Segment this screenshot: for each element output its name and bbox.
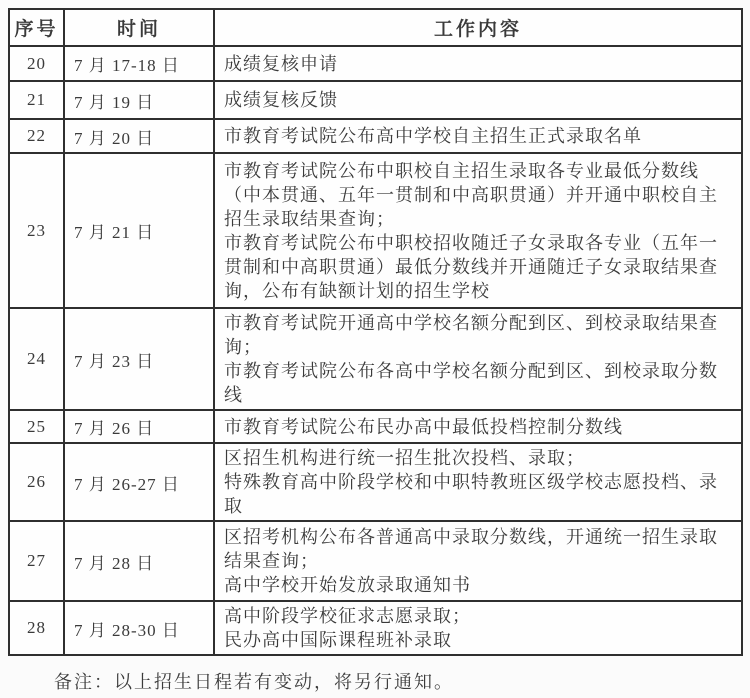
table-row: 287 月 28-30 日高中阶段学校征求志愿录取； 民办高中国际课程班补录取: [9, 601, 742, 655]
col-header-time: 时间: [64, 9, 214, 46]
row-index-cell: 22: [9, 119, 64, 153]
row-time-cell: 7 月 28 日: [64, 521, 214, 601]
row-time-cell: 7 月 26-27 日: [64, 443, 214, 521]
row-content-cell: 区招生机构进行统一招生批次投档、录取； 特殊教育高中阶段学校和中职特教班区级学校…: [214, 443, 742, 521]
table-row: 237 月 21 日市教育考试院公布中职校自主招生录取各专业最低分数线 （中本贯…: [9, 153, 742, 308]
table-row: 277 月 28 日区招考机构公布各普通高中录取分数线，开通统一招生录取 结果查…: [9, 521, 742, 601]
row-content-cell: 成绩复核反馈: [214, 81, 742, 119]
schedule-table: 序号 时间 工作内容 207 月 17-18 日成绩复核申请217 月 19 日…: [8, 8, 743, 656]
page: { "table": { "headers": ["序号", "时间", "工作…: [0, 0, 750, 698]
table-row: 227 月 20 日市教育考试院公布高中学校自主招生正式录取名单: [9, 119, 742, 153]
row-index-cell: 25: [9, 410, 64, 443]
row-content-cell: 区招考机构公布各普通高中录取分数线，开通统一招生录取 结果查询； 高中学校开始发…: [214, 521, 742, 601]
table-row: 217 月 19 日成绩复核反馈: [9, 81, 742, 119]
row-time-cell: 7 月 19 日: [64, 81, 214, 119]
schedule-table-header: 序号 时间 工作内容: [9, 9, 742, 46]
table-row: 247 月 23 日市教育考试院开通高中学校名额分配到区、到校录取结果查 询； …: [9, 308, 742, 410]
table-row: 257 月 26 日市教育考试院公布民办高中最低投档控制分数线: [9, 410, 742, 443]
row-content-cell: 市教育考试院开通高中学校名额分配到区、到校录取结果查 询； 市教育考试院公布各高…: [214, 308, 742, 410]
row-index-cell: 24: [9, 308, 64, 410]
table-row: 207 月 17-18 日成绩复核申请: [9, 46, 742, 81]
row-content-cell: 市教育考试院公布中职校自主招生录取各专业最低分数线 （中本贯通、五年一贯制和中高…: [214, 153, 742, 308]
table-row: 267 月 26-27 日区招生机构进行统一招生批次投档、录取； 特殊教育高中阶…: [9, 443, 742, 521]
row-time-cell: 7 月 20 日: [64, 119, 214, 153]
row-time-cell: 7 月 26 日: [64, 410, 214, 443]
row-index-cell: 23: [9, 153, 64, 308]
row-time-cell: 7 月 23 日: [64, 308, 214, 410]
col-header-content: 工作内容: [214, 9, 742, 46]
header-row: 序号 时间 工作内容: [9, 9, 742, 46]
row-index-cell: 28: [9, 601, 64, 655]
row-index-cell: 21: [9, 81, 64, 119]
footnote: 备注：以上招生日程若有变动，将另行通知。: [54, 668, 741, 694]
row-content-cell: 市教育考试院公布民办高中最低投档控制分数线: [214, 410, 742, 443]
schedule-table-body: 207 月 17-18 日成绩复核申请217 月 19 日成绩复核反馈227 月…: [9, 46, 742, 655]
col-header-index: 序号: [9, 9, 64, 46]
schedule-document: 序号 时间 工作内容 207 月 17-18 日成绩复核申请217 月 19 日…: [0, 0, 750, 694]
row-time-cell: 7 月 17-18 日: [64, 46, 214, 81]
row-time-cell: 7 月 28-30 日: [64, 601, 214, 655]
row-content-cell: 高中阶段学校征求志愿录取； 民办高中国际课程班补录取: [214, 601, 742, 655]
row-time-cell: 7 月 21 日: [64, 153, 214, 308]
row-index-cell: 27: [9, 521, 64, 601]
row-index-cell: 20: [9, 46, 64, 81]
row-content-cell: 成绩复核申请: [214, 46, 742, 81]
row-content-cell: 市教育考试院公布高中学校自主招生正式录取名单: [214, 119, 742, 153]
row-index-cell: 26: [9, 443, 64, 521]
